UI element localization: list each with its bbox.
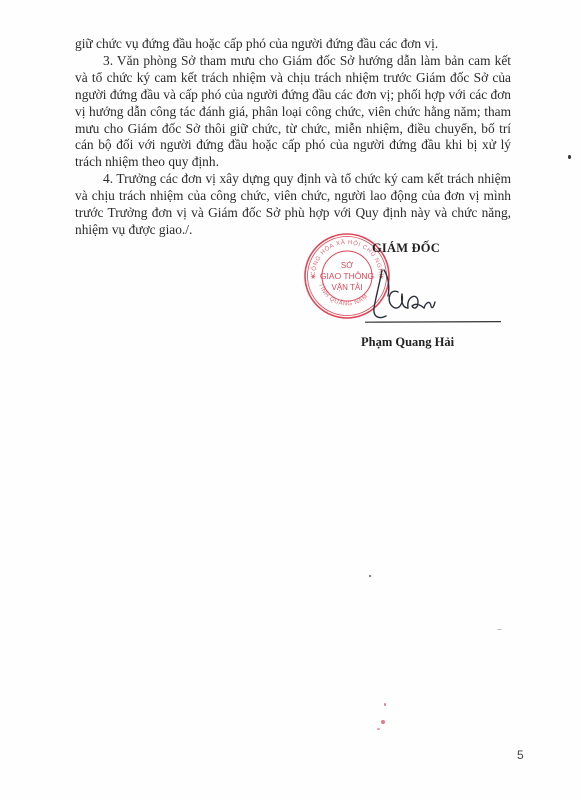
document-body: giữ chức vụ đứng đầu hoặc cấp phó của ng… — [75, 36, 511, 239]
signer-name: Phạm Quang Hải — [361, 335, 454, 350]
paragraph-item-4: 4. Trưởng các đơn vị xây dựng quy định v… — [75, 171, 511, 239]
scan-speck — [497, 629, 502, 630]
stamp-line-2: GIAO THÔNG — [320, 271, 374, 281]
stamp-line-3: VẬN TẢI — [332, 283, 363, 292]
page-number: 5 — [517, 748, 524, 762]
signature-underline — [365, 321, 501, 323]
paragraph-item-3: 3. Văn phòng Sở tham mưu cho Giám đốc Sở… — [75, 53, 511, 171]
scan-speck — [568, 155, 571, 159]
scan-speck — [369, 575, 371, 577]
paragraph-continued: giữ chức vụ đứng đầu hoặc cấp phó của ng… — [75, 36, 511, 53]
stamp-line-1: SỞ — [341, 261, 353, 270]
signature-title: GIÁM ĐỐC — [372, 241, 440, 256]
document-page: giữ chức vụ đứng đầu hoặc cấp phó của ng… — [0, 0, 581, 800]
scan-speck — [384, 703, 386, 706]
scan-speck — [381, 720, 385, 724]
handwritten-signature-icon — [368, 266, 448, 324]
scan-speck — [377, 728, 380, 730]
svg-text:★: ★ — [310, 273, 316, 281]
